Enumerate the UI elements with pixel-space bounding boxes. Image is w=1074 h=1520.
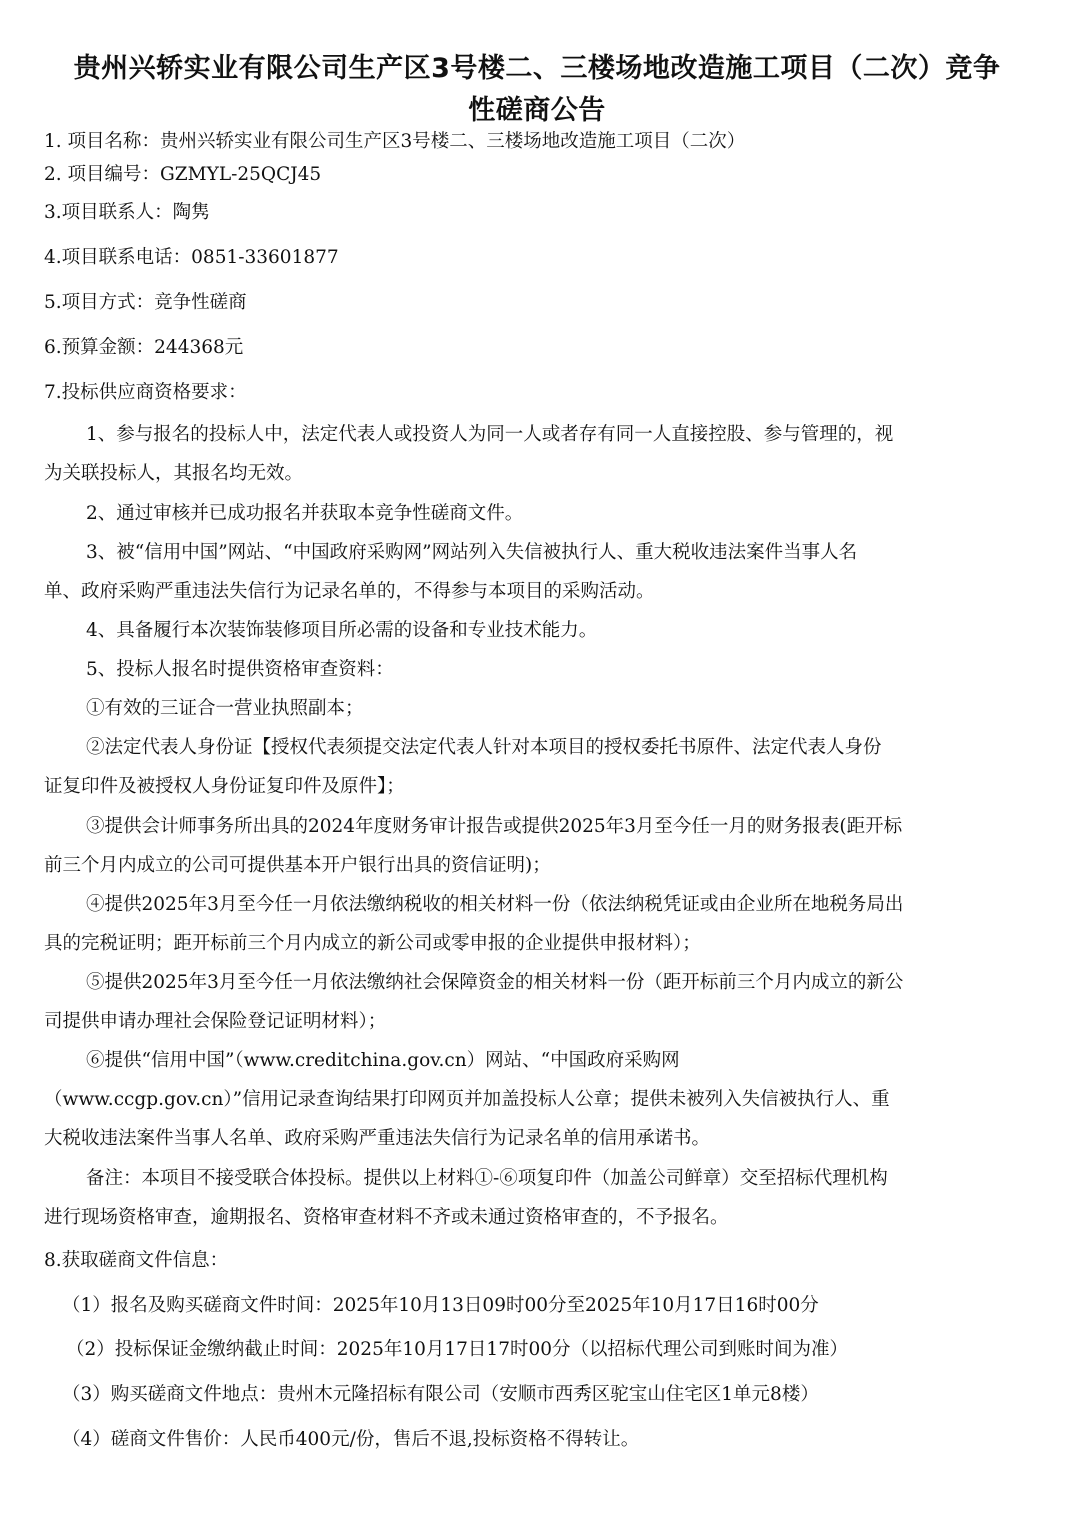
material-4-line1: ④提供2025年3月至今任一月依法缴纳税收的相关材料一份（依法纳税凭证或由企业所… xyxy=(86,893,903,917)
material-3-line2: 前三个月内成立的公司可提供基本开户银行出具的资信证明)； xyxy=(44,854,551,878)
document-title-line2: 性磋商公告 xyxy=(0,88,1074,127)
note-line2: 进行现场资格审查，逾期报名、资格审查材料不齐或未通过资格审查的，不予报名。 xyxy=(44,1206,729,1230)
requirement-5: 5、投标人报名时提供资格审查资料： xyxy=(86,658,394,682)
requirement-3-line2: 单、政府采购严重违法失信行为记录名单的，不得参与本项目的采购活动。 xyxy=(44,580,655,604)
material-1: ①有效的三证合一营业执照副本； xyxy=(86,697,364,721)
item-project-name: 1. 项目名称：贵州兴轿实业有限公司生产区3号楼二、三楼场地改造施工项目（二次） xyxy=(44,130,745,154)
material-4-line2: 具的完税证明；距开标前三个月内成立的新公司或零申报的企业提供申报材料）； xyxy=(44,932,701,956)
material-6-line1: ⑥提供“信用中国”（www.creditchina.gov.cn）网站、“中国政… xyxy=(86,1049,680,1073)
material-3-line1: ③提供会计师事务所出具的2024年度财务审计报告或提供2025年3月至今任一月的… xyxy=(86,815,902,839)
requirement-4: 4、具备履行本次装饰装修项目所必需的设备和专业技术能力。 xyxy=(86,619,597,643)
material-6-line3: 大税收违法案件当事人名单、政府采购严重违法失信行为记录名单的信用承诺书。 xyxy=(44,1127,710,1151)
document-title-line1: 贵州兴轿实业有限公司生产区3号楼二、三楼场地改造施工项目（二次）竞争 xyxy=(0,46,1074,85)
acquisition-1-time: （1）报名及购买磋商文件时间：2025年10月13日09时00分至2025年10… xyxy=(62,1294,819,1318)
requirements-heading: 7.投标供应商资格要求： xyxy=(44,381,247,405)
requirement-1-line1: 1、参与报名的投标人中，法定代表人或投资人为同一人或者存有同一人直接控股、参与管… xyxy=(86,423,893,447)
acquisition-4-price: （4）磋商文件售价：人民币400元/份，售后不退,投标资格不得转让。 xyxy=(62,1428,639,1452)
note-line1: 备注：本项目不接受联合体投标。提供以上材料①-⑥项复印件（加盖公司鲜章）交至招标… xyxy=(86,1167,888,1191)
requirement-2: 2、通过审核并已成功报名并获取本竞争性磋商文件。 xyxy=(86,502,523,526)
requirement-1-line2: 为关联投标人，其报名均无效。 xyxy=(44,462,303,486)
acquisition-heading: 8.获取磋商文件信息： xyxy=(44,1249,228,1273)
material-2-line2: 证复印件及被授权人身份证复印件及原件】； xyxy=(44,775,405,799)
item-contact-phone: 4.项目联系电话：0851-33601877 xyxy=(44,246,339,270)
requirement-3-line1: 3、被“信用中国”网站、“中国政府采购网”网站列入失信被执行人、重大税收违法案件… xyxy=(86,541,857,565)
item-project-method: 5.项目方式：竞争性磋商 xyxy=(44,291,247,315)
item-contact-person: 3.项目联系人：陶隽 xyxy=(44,201,210,225)
material-6-line2: （www.ccgp.gov.cn）”信用记录查询结果打印网页并加盖投标人公章；提… xyxy=(44,1088,890,1112)
material-5-line2: 司提供申请办理社会保险登记证明材料）； xyxy=(44,1010,386,1034)
item-budget: 6.预算金额：244368元 xyxy=(44,336,243,360)
item-project-number: 2. 项目编号：GZMYL-25QCJ45 xyxy=(44,163,321,187)
material-2-line1: ②法定代表人身份证【授权代表须提交法定代表人针对本项目的授权委托书原件、法定代表… xyxy=(86,736,882,760)
acquisition-3-location: （3）购买磋商文件地点：贵州木元隆招标有限公司（安顺市西秀区驼宝山住宅区1单元8… xyxy=(62,1383,819,1407)
material-5-line1: ⑤提供2025年3月至今任一月依法缴纳社会保障资金的相关材料一份（距开标前三个月… xyxy=(86,971,903,995)
acquisition-2-deposit-deadline: （2）投标保证金缴纳截止时间：2025年10月17日17时00分（以招标代理公司… xyxy=(66,1338,848,1362)
